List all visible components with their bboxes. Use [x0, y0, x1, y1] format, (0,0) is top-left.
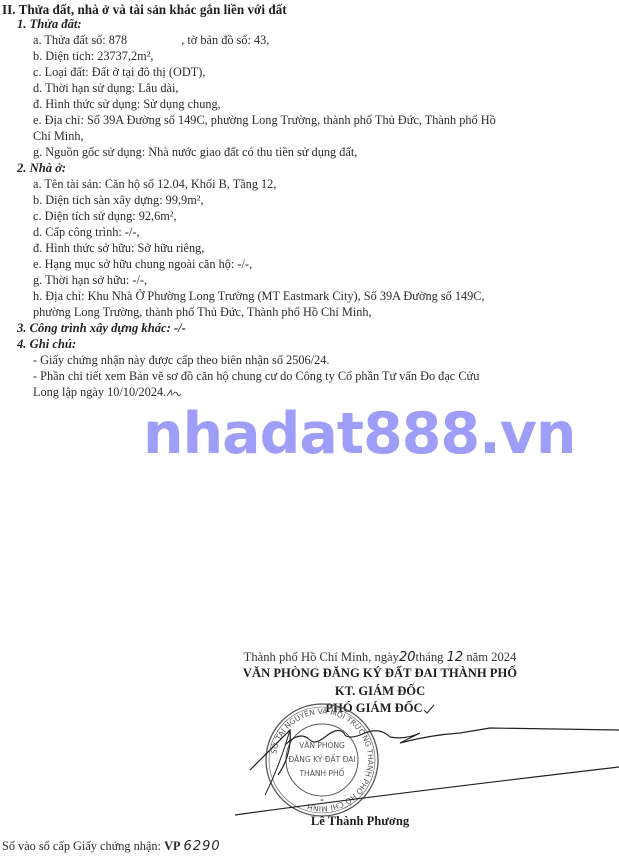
registry-label: Số vào sổ cấp Giấy chứng nhận:	[2, 839, 161, 853]
signing-date: Thành phố Hồ Chí Minh, ngày20tháng 12 nă…	[200, 649, 560, 666]
initials-scribble-icon	[166, 388, 182, 398]
date-prefix: Thành phố Hồ Chí Minh, ngày	[244, 650, 399, 664]
checkmark-icon	[423, 704, 435, 714]
house-usable-area: c. Diện tích sử dụng: 92,6m²,	[33, 209, 177, 224]
house-grade: d. Cấp công trình: -/-,	[33, 225, 140, 240]
signer-name: Lê Thành Phương	[230, 814, 490, 829]
house-address: h. Địa chỉ: Khu Nhà Ở Phường Long Trường…	[33, 289, 485, 304]
note-drawing-date: Long lập ngày 10/10/2024.	[33, 385, 166, 399]
house-heading: 2. Nhà ở:	[17, 161, 66, 176]
date-month-label: tháng	[416, 650, 444, 664]
land-address: e. Địa chỉ: Số 39A Đường số 149C, phường…	[33, 113, 496, 128]
note-receipt: - Giấy chứng nhận này được cấp theo biên…	[33, 353, 329, 368]
registry-number: Số vào sổ cấp Giấy chứng nhận: VP 6290	[2, 839, 221, 854]
kt-director: KT. GIÁM ĐỐC	[200, 684, 560, 699]
house-address-cont: phường Long Trường, thành phố Thủ Đức, T…	[33, 305, 372, 320]
registry-prefix: VP	[164, 839, 180, 853]
issuing-office: VĂN PHÒNG ĐĂNG KÝ ĐẤT ĐAI THÀNH PHỐ	[200, 666, 560, 681]
land-usage-form: đ. Hình thức sử dụng: Sử dụng chung,	[33, 97, 221, 112]
house-shared-items: e. Hạng mục sở hữu chung ngoài căn hộ: -…	[33, 257, 252, 272]
registry-value: 6290	[184, 839, 221, 854]
house-asset-name: a. Tên tài sản: Căn hộ số 12.04, Khối B,…	[33, 177, 276, 192]
section-title: II. Thửa đất, nhà ở và tài sản khác gắn …	[2, 2, 287, 17]
date-year: năm 2024	[466, 650, 516, 664]
land-parcel: a. Thửa đất số: 878, tờ bản đồ số: 43,	[33, 33, 269, 48]
date-day: 20	[399, 650, 416, 665]
note-drawing-cont: Long lập ngày 10/10/2024.	[33, 385, 182, 400]
land-address-cont: Chí Minh,	[33, 129, 84, 144]
land-parcel-number: a. Thửa đất số: 878	[33, 33, 127, 47]
land-heading: 1. Thửa đất:	[17, 17, 82, 32]
note-drawing: - Phần chi tiết xem Bản vẽ sơ đồ căn hộ …	[33, 369, 479, 384]
land-type: c. Loại đất: Đất ở tại đô thị (ODT),	[33, 65, 205, 80]
land-map-sheet: , tờ bản đồ số: 43,	[181, 33, 269, 47]
handwritten-signature-icon	[230, 725, 619, 820]
house-ownership-form: đ. Hình thức sở hữu: Sở hữu riêng,	[33, 241, 204, 256]
notes-heading: 4. Ghi chú:	[17, 337, 76, 352]
house-construction-area: b. Diện tích sàn xây dựng: 99,9m²,	[33, 193, 204, 208]
watermark: nhadat888.vn	[143, 404, 576, 464]
land-area: b. Diện tích: 23737,2m²,	[33, 49, 154, 64]
other-works-heading: 3. Công trình xây dựng khác: -/-	[17, 321, 186, 336]
land-term: d. Thời hạn sử dụng: Lâu dài,	[33, 81, 178, 96]
date-month: 12	[447, 650, 464, 665]
house-ownership-term: g. Thời hạn sở hữu: -/-,	[33, 273, 147, 288]
land-origin: g. Nguồn gốc sử dụng: Nhà nước giao đất …	[33, 145, 357, 160]
